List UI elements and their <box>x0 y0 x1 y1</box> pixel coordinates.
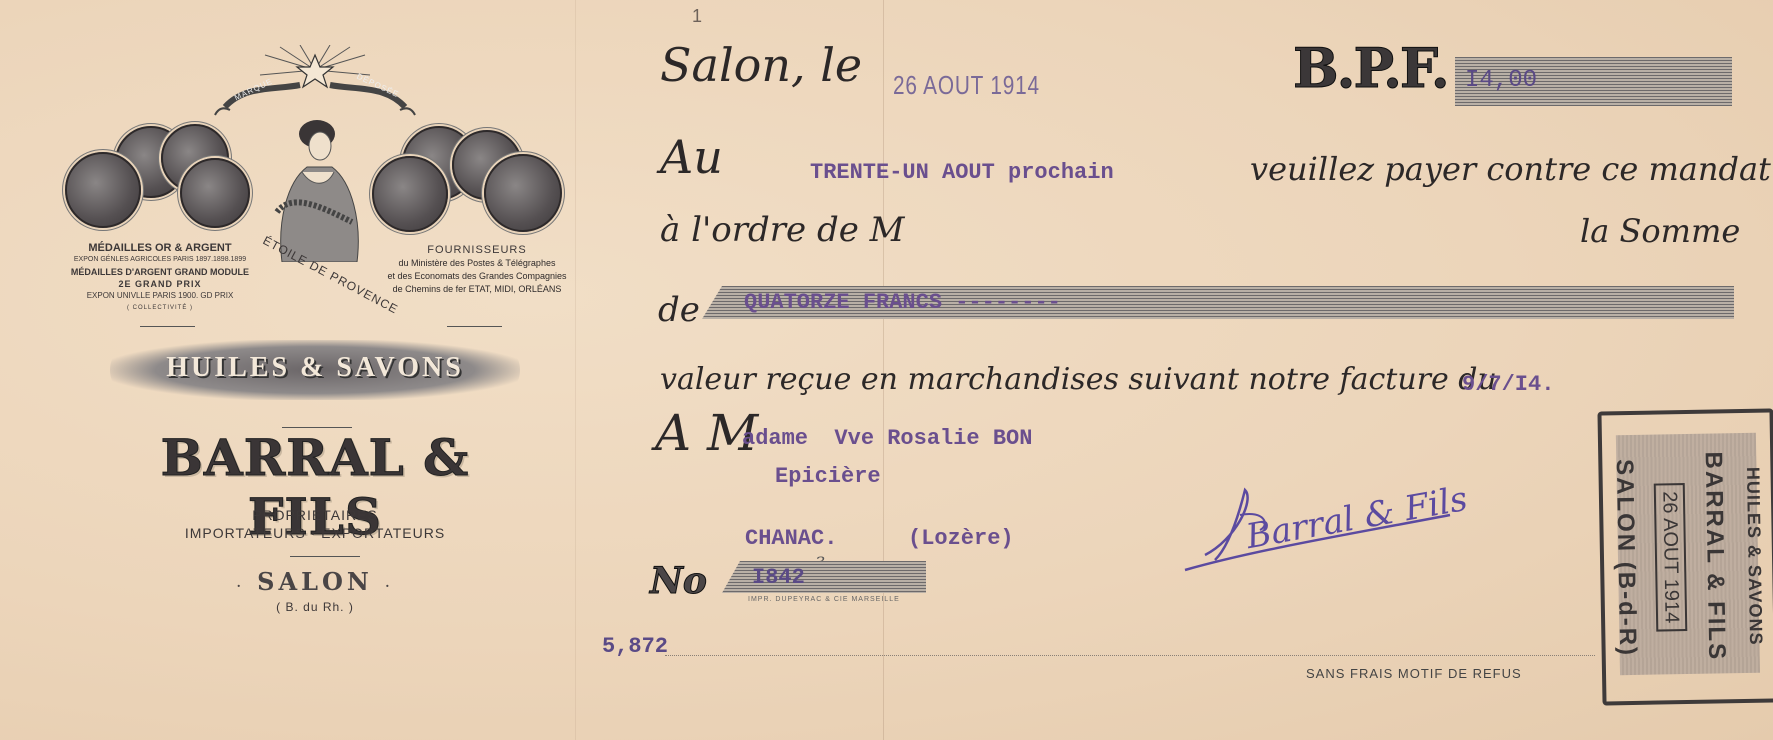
due-date: TRENTE-UN AOUT prochain <box>810 160 1114 185</box>
cancellation-stamp: HUILES & SAVONS BARRAL & FILS 26 AOUT 19… <box>1597 408 1773 705</box>
amount-box: I4,00 <box>1455 57 1732 106</box>
number-label: No <box>650 560 707 602</box>
addressee-occupation: Epicière <box>775 464 881 489</box>
awards-title: MÉDAILLES OR & ARGENT <box>70 242 250 254</box>
awards-line: MÉDAILLES D'ARGENT GRAND MODULE <box>70 266 250 278</box>
number-box: I842 <box>722 561 926 593</box>
addressee-town: CHANAC. <box>745 526 837 551</box>
suppliers-block: FOURNISSEURS du Ministère des Postes & T… <box>382 244 572 296</box>
de-label: de <box>658 290 700 330</box>
order-label: à l'ordre de M <box>660 210 904 250</box>
medals-left <box>65 122 255 232</box>
medal-icon <box>65 152 141 228</box>
draft-date: 26 AOUT 1914 <box>893 70 1040 101</box>
printer-credit: IMPR. DUPEYRAC & CIE MARSEILLE <box>748 596 900 603</box>
ornament-divider <box>290 556 360 557</box>
ornament-divider <box>140 326 195 327</box>
awards-line: EXPON UNIVLLE PARIS 1900. GD PRIX <box>70 290 250 302</box>
amount-words: QUATORZE FRANCS -------- <box>744 290 1061 315</box>
addressee-name: adame Vve Rosalie BON <box>742 426 1032 451</box>
city-name: SALON <box>257 567 373 596</box>
suppliers-title: FOURNISSEURS <box>382 244 572 257</box>
medals-right <box>372 122 572 232</box>
company-city: · SALON · <box>95 567 535 596</box>
account-number: 5,872 <box>602 634 668 659</box>
due-prefix: Au <box>660 130 723 184</box>
pencil-mark: 1 <box>692 6 702 27</box>
amount-figure: I4,00 <box>1465 67 1537 94</box>
place-label: Salon, le <box>660 38 862 92</box>
medal-icon <box>484 154 562 232</box>
footer-note: SANS FRAIS MOTIF DE REFUS <box>1306 666 1522 681</box>
awards-block: MÉDAILLES OR & ARGENT EXPON GÉNLES AGRIC… <box>70 242 250 314</box>
awards-line: EXPON GÉNLES AGRICOLES PARIS 1897.1898.1… <box>70 254 250 266</box>
fold-line <box>575 0 576 740</box>
payee-field[interactable] <box>1000 222 1560 244</box>
stamp-line: HUILES & SAVONS <box>1742 466 1766 645</box>
company-role: IMPORTATEURS · EXPORTATEURS <box>95 525 535 541</box>
stamp-date: 26 AOUT 1914 <box>1653 483 1687 631</box>
sum-label: la Somme <box>1580 212 1740 250</box>
awards-line: 2E GRAND PRIX <box>70 278 250 290</box>
ornament-divider <box>447 326 502 327</box>
dotted-rule <box>665 655 1595 656</box>
suppliers-line: et des Economats des Grandes Compagnies <box>382 270 572 283</box>
company-role: PROPRIÉTAIRES <box>95 507 535 523</box>
signature: Barral & Fils <box>1175 470 1475 580</box>
addressee-dept: (Lozère) <box>908 526 1014 551</box>
suppliers-line: du Ministère des Postes & Télégraphes <box>382 257 572 270</box>
stamp-line: SALON (B-d-R) <box>1610 459 1641 657</box>
value-text: valeur reçue en marchandises suivant not… <box>660 362 1497 397</box>
stamp-line: BARRAL & FILS <box>1699 452 1731 662</box>
medal-icon <box>372 156 448 232</box>
company-region: ( B. du Rh. ) <box>95 600 535 614</box>
pay-instruction: veuillez payer contre ce mandat <box>1250 150 1771 188</box>
draft-number: I842 <box>752 565 805 590</box>
invoice-date: 9/7/I4. <box>1462 372 1554 397</box>
suppliers-line: de Chemins de fer ETAT, MIDI, ORLÉANS <box>382 283 572 296</box>
currency-label: B.P.F. <box>1293 36 1448 100</box>
amount-words-box: QUATORZE FRANCS -------- <box>702 286 1734 319</box>
awards-line: ( COLLECTIVITÉ ) <box>70 302 250 314</box>
medal-icon <box>180 158 250 228</box>
product-banner: HUILES & SAVONS <box>110 352 520 384</box>
